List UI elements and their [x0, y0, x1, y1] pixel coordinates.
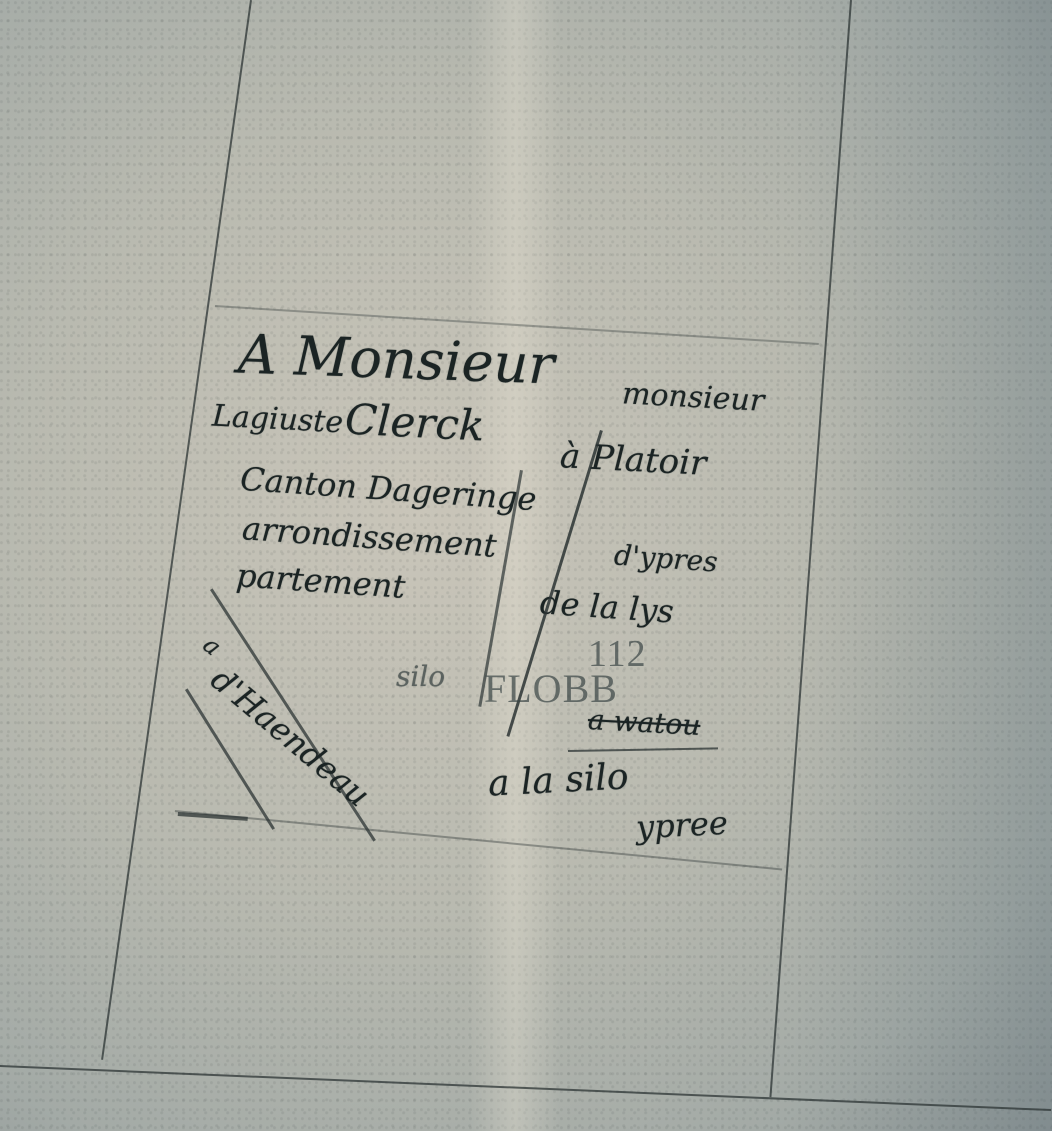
redirect-struck: a watou: [587, 703, 701, 742]
right-title: monsieur: [621, 376, 765, 418]
diagonal-note-name: d'Haendeau: [204, 660, 378, 814]
center-fold-highlight: [470, 0, 560, 1131]
redirect-underline: [568, 747, 718, 752]
letter-sheet: A Monsieur monsieur Lagiuste Clerck à Pl…: [0, 0, 1052, 1131]
postmark-prefix: silo: [396, 660, 445, 693]
redirect-line2: ypree: [635, 804, 729, 847]
redirect-line1: a la silo: [487, 756, 629, 804]
addressee-place: à Platoir: [559, 436, 707, 484]
salutation: A Monsieur: [237, 323, 555, 397]
addressee-name: Clerck: [344, 394, 486, 450]
address-prefix: Lagiuste: [211, 399, 344, 441]
fold-line-left: [101, 0, 252, 1060]
address-arrondissement: arrondissement: [241, 509, 498, 565]
right-shadow: [792, 0, 1052, 1131]
address-departement: partement: [235, 556, 407, 606]
diagonal-note-a: a: [198, 631, 227, 662]
address-ypres: d'ypres: [613, 538, 719, 578]
